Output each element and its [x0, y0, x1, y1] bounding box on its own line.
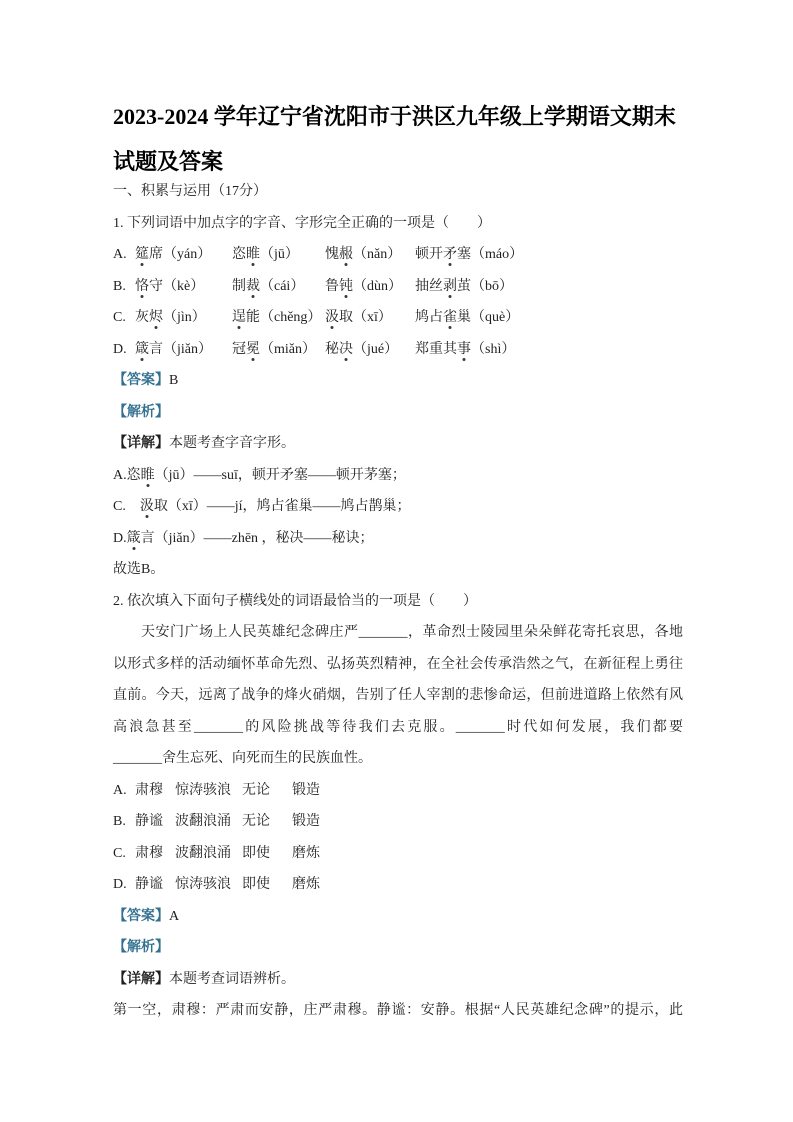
q2-option-a: A.肃穆惊涛骇浪无论锻造	[113, 775, 683, 807]
q1-conclusion: 故选B。	[113, 554, 683, 586]
cell-pre: 制	[232, 279, 246, 294]
q1-answer-line: 【答案】B	[113, 365, 683, 397]
cell-pre: 抽丝	[415, 279, 443, 294]
q1-option-d: D.箴言（jiǎn）冠冕（miǎn）秘决（jué）郑重其事（shì）	[113, 334, 683, 366]
q1-stem: 1. 下列词语中加点字的字音、字形完全正确的一项是（ ）	[113, 208, 683, 240]
cell-rest: （miǎn）	[260, 342, 316, 357]
q1-word-cell: 冠冕（miǎn）	[232, 334, 325, 366]
q2-option-d: D.静谧惊涛骇浪即使磨炼	[113, 869, 683, 901]
cell-pre: 秘	[325, 342, 339, 357]
document-title: 2023-2024 学年辽宁省沈阳市于洪区九年级上学期语文期末 试题及答案	[113, 94, 683, 184]
q2-word-cell: 锻造	[292, 806, 320, 838]
answer-label: 【答案】	[113, 373, 169, 388]
cell-rest: （cái）	[260, 279, 304, 294]
q1-word-cell: 抽丝剥茧（bō）	[415, 271, 513, 303]
q1-word-cell: 郑重其事（shì）	[415, 334, 515, 366]
q1-explain-line-a: A.恣睢（jū）——suī，顿开矛塞——顿开茅塞；	[113, 460, 683, 492]
q2-word-cell: 即使	[242, 869, 292, 901]
q1-word-cell: 鸠占雀巢（què）	[415, 302, 519, 334]
cell-pre: 愧	[325, 247, 339, 262]
answer-value: A	[169, 909, 179, 924]
dotted-char: 逞	[232, 310, 246, 325]
q1-word-cell: 恣睢（jū）	[232, 239, 325, 271]
q1-option-a: A.筵席（yán）恣睢（jū）愧赧（nǎn）顿开矛塞（máo）	[113, 239, 683, 271]
detail-text: 本题考查词语辨析。	[169, 972, 295, 987]
dotted-char: 恪	[135, 279, 149, 294]
dotted-char: 汲	[140, 499, 154, 514]
cell-rest: 守（kè）	[149, 279, 204, 294]
q2-answer-line: 【答案】A	[113, 901, 683, 933]
q2-passage-line: 以形式多样的活动缅怀革命先烈、弘扬英烈精神，在全社会传承浩然之气，在新征程上勇往	[113, 649, 683, 681]
q2-explain-line: 第一空，肃穆：严肃而安静，庄严肃穆。静谧：安静。根据“人民英雄纪念碑”的提示，此	[113, 995, 683, 1027]
dotted-char: 事	[457, 342, 471, 357]
cell-pre: 冠	[232, 342, 246, 357]
q2-word-cell: 惊涛骇浪	[175, 869, 242, 901]
detail-label: 【详解】	[113, 972, 169, 987]
option-label: C.	[113, 838, 135, 870]
title-line-1: 2023-2024 学年辽宁省沈阳市于洪区九年级上学期语文期末	[113, 94, 683, 139]
dotted-char: 雀	[443, 310, 457, 325]
section-heading: 一、积累与运用（17分）	[113, 176, 683, 208]
cell-rest: （dùn）	[353, 279, 402, 294]
q2-word-cell: 波翻浪涌	[175, 806, 242, 838]
q2-word-cell: 无论	[242, 775, 292, 807]
dotted-char: 筵	[135, 247, 149, 262]
option-label: C.	[113, 302, 135, 334]
q2-passage-line: _______舍生忘死、向死而生的民族血性。	[113, 743, 683, 775]
dotted-char: 睢	[246, 247, 260, 262]
cell-pre: 恣	[232, 247, 246, 262]
cell-rest: 席（yán）	[149, 247, 211, 262]
exam-document-page: 2023-2024 学年辽宁省沈阳市于洪区九年级上学期语文期末 试题及答案 一、…	[0, 0, 793, 1122]
option-label: A.	[113, 775, 135, 807]
cell-rest: 言（jiǎn）——zhēn ，秘决——秘诀；	[141, 531, 374, 546]
q1-word-cell: 箴言（jiǎn）	[135, 334, 232, 366]
detail-label: 【详解】	[113, 436, 169, 451]
q1-word-cell: 灰烬（jìn）	[135, 302, 232, 334]
cell-pre: A.恣	[113, 468, 141, 483]
dotted-char: 箴	[135, 342, 149, 357]
cell-rest: 取（xī）	[339, 310, 392, 325]
dotted-char: 汲	[325, 310, 339, 325]
option-label: D.	[113, 334, 135, 366]
cell-pre: C.	[113, 499, 140, 514]
detail-text: 本题考查字音字形。	[169, 436, 295, 451]
q1-word-cell: 鲁钝（dùn）	[325, 271, 415, 303]
cell-rest: （jū）——suī，顿开矛塞——顿开茅塞；	[155, 468, 406, 483]
cell-pre: 鸠占	[415, 310, 443, 325]
q2-stem: 2. 依次填入下面句子横线处的词语最恰当的一项是（ ）	[113, 586, 683, 618]
cell-rest: 巢（què）	[457, 310, 519, 325]
q2-passage-line: 直前。今天，远离了战争的烽火硝烟，告别了任人宰割的悲惨命运，但前进道路上依然有风	[113, 680, 683, 712]
q1-word-cell: 汲取（xī）	[325, 302, 415, 334]
cell-pre: 郑重其	[415, 342, 457, 357]
q1-option-b: B.恪守（kè）制裁（cái）鲁钝（dùn）抽丝剥茧（bō）	[113, 271, 683, 303]
cell-pre: 鲁	[325, 279, 339, 294]
q1-word-cell: 愧赧（nǎn）	[325, 239, 415, 271]
q1-word-cell: 秘决（jué）	[325, 334, 415, 366]
option-label: A.	[113, 239, 135, 271]
q1-explain-line-d: D.箴言（jiǎn）——zhēn ，秘决——秘诀；	[113, 523, 683, 555]
cell-rest: 塞（máo）	[457, 247, 523, 262]
q2-word-cell: 肃穆	[135, 838, 175, 870]
option-label: D.	[113, 869, 135, 901]
q2-word-cell: 磨炼	[292, 838, 320, 870]
cell-rest: 能（chěng）	[246, 310, 321, 325]
option-label: B.	[113, 271, 135, 303]
dotted-char: 剥	[443, 279, 457, 294]
analysis-label: 【解析】	[113, 940, 169, 955]
q1-explain-line-c: C. 汲取（xī）——jí，鸠占雀巢——鸠占鹊巢；	[113, 491, 683, 523]
cell-pre: 灰	[135, 310, 149, 325]
q2-word-cell: 即使	[242, 838, 292, 870]
cell-pre: D.	[113, 531, 127, 546]
cell-rest: 言（jiǎn）	[149, 342, 212, 357]
q1-option-c: C.灰烬（jìn）逞能（chěng）汲取（xī）鸠占雀巢（què）	[113, 302, 683, 334]
dotted-char: 赧	[339, 247, 353, 262]
q1-word-cell: 逞能（chěng）	[232, 302, 325, 334]
cell-rest: 取（xī）——jí，鸠占雀巢——鸠占鹊巢；	[154, 499, 411, 514]
q2-option-b: B.静谧波翻浪涌无论锻造	[113, 806, 683, 838]
dotted-char: 矛	[443, 247, 457, 262]
dotted-char: 烬	[149, 310, 163, 325]
answer-value: B	[169, 373, 178, 388]
answer-label: 【答案】	[113, 909, 169, 924]
dotted-char: 裁	[246, 279, 260, 294]
dotted-char: 睢	[141, 468, 155, 483]
q2-passage-line: 天安门广场上人民英雄纪念碑庄严_______，革命烈士陵园里朵朵鲜花寄托哀思，各…	[113, 617, 683, 649]
q2-option-c: C.肃穆波翻浪涌即使磨炼	[113, 838, 683, 870]
q2-word-cell: 静谧	[135, 869, 175, 901]
q2-word-cell: 波翻浪涌	[175, 838, 242, 870]
q1-word-cell: 筵席（yán）	[135, 239, 232, 271]
q1-word-cell: 制裁（cái）	[232, 271, 325, 303]
q1-word-cell: 恪守（kè）	[135, 271, 232, 303]
dotted-char: 决	[339, 342, 353, 357]
option-label: B.	[113, 806, 135, 838]
q2-word-cell: 静谧	[135, 806, 175, 838]
dotted-char: 钝	[339, 279, 353, 294]
dotted-char: 箴	[127, 531, 141, 546]
q1-detail-line: 【详解】本题考查字音字形。	[113, 428, 683, 460]
q2-detail-line: 【详解】本题考查词语辨析。	[113, 964, 683, 996]
q2-word-cell: 肃穆	[135, 775, 175, 807]
cell-rest: 茧（bō）	[457, 279, 513, 294]
q1-word-cell: 顿开矛塞（máo）	[415, 239, 523, 271]
q2-word-cell: 惊涛骇浪	[175, 775, 242, 807]
cell-rest: （jìn）	[163, 310, 206, 325]
cell-rest: （shì）	[471, 342, 515, 357]
cell-rest: （jū）	[260, 247, 299, 262]
cell-rest: （jué）	[353, 342, 398, 357]
q2-word-cell: 磨炼	[292, 869, 320, 901]
dotted-char: 冕	[246, 342, 260, 357]
q2-passage-line: 高浪急甚至_______的风险挑战等待我们去克服。_______时代如何发展，我…	[113, 712, 683, 744]
cell-rest: （nǎn）	[353, 247, 401, 262]
q2-word-cell: 锻造	[292, 775, 320, 807]
q1-analysis-line: 【解析】	[113, 397, 683, 429]
analysis-label: 【解析】	[113, 405, 169, 420]
q2-word-cell: 无论	[242, 806, 292, 838]
q2-analysis-line: 【解析】	[113, 932, 683, 964]
cell-pre: 顿开	[415, 247, 443, 262]
